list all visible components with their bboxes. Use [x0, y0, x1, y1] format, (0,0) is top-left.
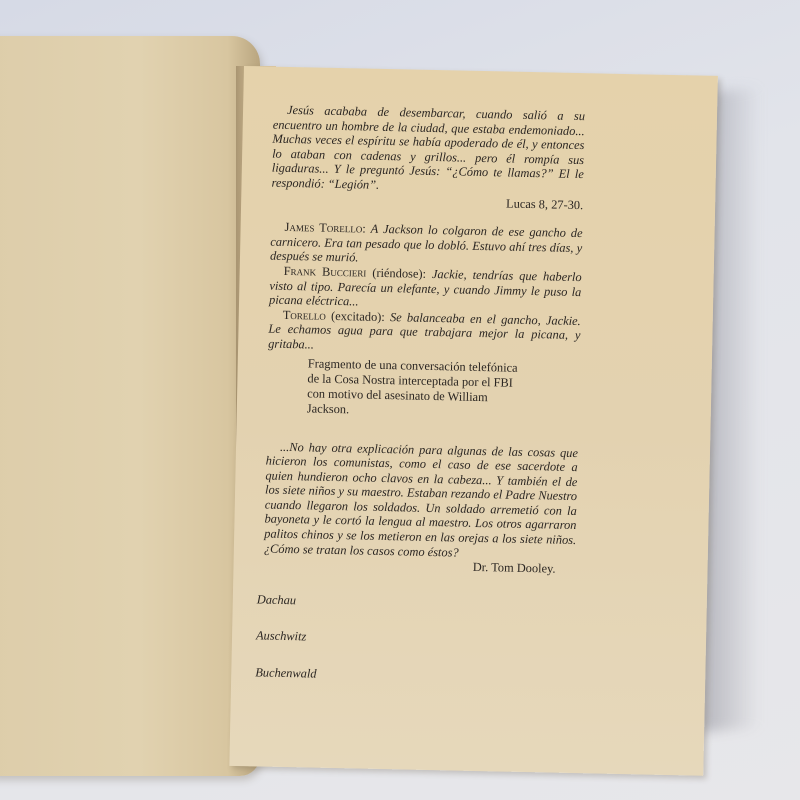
speaker: Frank Buccieri	[284, 264, 367, 280]
page-text: Jesús acababa de desembarcar, cuando sal…	[261, 103, 585, 709]
left-page	[0, 36, 260, 776]
stage-note: (riéndose):	[372, 266, 426, 281]
stage-note: (excitado):	[331, 309, 385, 324]
epigraph-text: Jesús acababa de desembarcar, cuando sal…	[271, 103, 585, 197]
dooley-text: ...No hay otra explicación para algunas …	[264, 439, 578, 562]
camp-name: Auschwitz	[256, 629, 574, 650]
speaker: Torello	[283, 308, 326, 323]
right-page: Jesús acababa de desembarcar, cuando sal…	[229, 66, 718, 776]
camp-name: Dachau	[257, 592, 575, 613]
camp-list: Dachau Auschwitz Buchenwald	[255, 592, 575, 686]
epigraph: Jesús acababa de desembarcar, cuando sal…	[271, 103, 585, 213]
dialogue: James Torello: A Jackson lo colgaron de …	[267, 220, 583, 422]
speaker: James Torello:	[284, 220, 365, 236]
dooley-quote: ...No hay otra explicación para algunas …	[263, 439, 578, 577]
dialogue-source: Fragmento de una conversación telefónica…	[307, 356, 528, 421]
dialogue-line: Torello (excitado): Se balanceaba en el …	[268, 307, 581, 357]
dialogue-line: Frank Buccieri (riéndose): Jackie, tendr…	[269, 264, 582, 314]
dialogue-line: James Torello: A Jackson lo colgaron de …	[270, 220, 583, 270]
camp-name: Buchenwald	[255, 665, 573, 686]
